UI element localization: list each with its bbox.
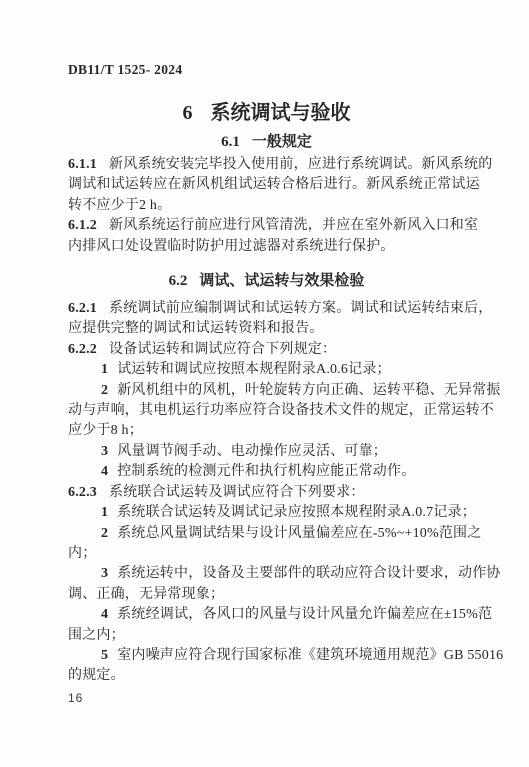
document-page: DB11/T 1525- 2024 6系统调试与验收 6.1一般规定 6.1.1… [0, 0, 529, 767]
line-text: 动与声响，其电机运行功率应符合设备技术文件的规定，正常运转不 [68, 403, 494, 418]
line-text: 内； [68, 546, 96, 561]
clause-number: 6.1.2 [68, 218, 97, 233]
text-line: 应提供完整的调试和试运转资料和报告。 [68, 319, 465, 339]
line-text: 应提供完整的调试和试运转资料和报告。 [68, 321, 324, 336]
list-item-line: 3系统运转中，设备及主要部件的联动应符合设计要求，动作协 [68, 564, 465, 584]
line-text: 调试和试运转应在新风机组试运转合格后进行。新风系统正常试运 [68, 177, 480, 192]
text-line: 调试和试运转应在新风机组试运转合格后进行。新风系统正常试运 [68, 175, 465, 195]
line-text: 新风机组中的风机，叶轮旋转方向正确、运转平稳、无异常振 [117, 383, 500, 398]
section-title-6-1: 6.1一般规定 [68, 134, 465, 151]
clause-number: 6.2.2 [68, 342, 97, 357]
list-item-line: 1试运转和调试应按照本规程附录A.0.6记录； [68, 360, 465, 380]
item-number: 2 [101, 526, 108, 541]
text-line: 调、正确，无异常现象； [68, 585, 465, 605]
item-number: 5 [101, 648, 108, 663]
line-text: 试运转和调试应按照本规程附录A.0.6记录； [117, 362, 391, 377]
list-item-line: 2新风机组中的风机，叶轮旋转方向正确、运转平稳、无异常振 [68, 381, 465, 401]
line-text: 新风系统运行前应进行风管清洗，并应在室外新风入口和室 [109, 218, 478, 233]
section-title-text: 调试、试运转与效果检验 [199, 273, 364, 289]
line-text: 内排风口处设置临时防护用过滤器对系统进行保护。 [68, 239, 395, 254]
chapter-title-text: 系统调试与验收 [211, 102, 351, 124]
line-text: 控制系统的检测元件和执行机构应能正常动作。 [117, 464, 415, 479]
text-line: 应少于8 h； [68, 421, 465, 441]
page-number: 16 [68, 691, 465, 705]
list-item-line: 2系统总风量调试结果与设计风量偏差应在-5%~+10%范围之 [68, 524, 465, 544]
text-line: 围之内； [68, 626, 465, 646]
text-line: 6.1.1新风系统安装完毕投入使用前，应进行系统调试。新风系统的 [68, 155, 465, 175]
item-number: 3 [101, 444, 108, 459]
text-line: 转不应少于2 h。 [68, 196, 465, 216]
body-text: 6.2.1系统调试前应编制调试和试运转方案。调试和试运转结束后， 应提供完整的调… [68, 299, 465, 687]
item-number: 1 [101, 505, 108, 520]
text-line: 6.1.2新风系统运行前应进行风管清洗，并应在室外新风入口和室 [68, 216, 465, 236]
text-line: 6.2.3系统联合试运转及调试应符合下列要求： [68, 483, 465, 503]
text-line: 动与声响，其电机运行功率应符合设备技术文件的规定，正常运转不 [68, 401, 465, 421]
section-title-text: 一般规定 [252, 134, 312, 150]
chapter-title: 6系统调试与验收 [68, 100, 465, 126]
clause-number: 6.1.1 [68, 157, 97, 172]
list-item-line: 4系统经调试，各风口的风量与设计风量允许偏差应在±15%范 [68, 605, 465, 625]
section-number: 6.1 [221, 134, 240, 150]
line-text: 风量调节阀手动、电动操作应灵活、可靠； [117, 444, 387, 459]
line-text: 系统经调试，各风口的风量与设计风量允许偏差应在±15%范 [117, 607, 492, 622]
item-number: 2 [101, 383, 108, 398]
standard-number-header: DB11/T 1525- 2024 [68, 62, 465, 78]
line-text: 系统运转中，设备及主要部件的联动应符合设计要求，动作协 [117, 566, 500, 581]
line-text: 系统联合试运转及调试应符合下列要求： [109, 485, 365, 500]
list-item-line: 4控制系统的检测元件和执行机构应能正常动作。 [68, 462, 465, 482]
item-number: 3 [101, 566, 108, 581]
chapter-number: 6 [183, 102, 193, 124]
text-line: 的规定。 [68, 666, 465, 686]
text-line: 6.2.1系统调试前应编制调试和试运转方案。调试和试运转结束后， [68, 299, 465, 319]
item-number: 1 [101, 362, 108, 377]
section-number: 6.2 [169, 273, 188, 289]
line-text: 系统调试前应编制调试和试运转方案。调试和试运转结束后， [109, 301, 492, 316]
line-text: 的规定。 [68, 668, 125, 683]
clause-number: 6.2.3 [68, 485, 97, 500]
body-text: 6.1.1新风系统安装完毕投入使用前，应进行系统调试。新风系统的 调试和试运转应… [68, 155, 465, 257]
item-number: 4 [101, 464, 108, 479]
line-text: 系统总风量调试结果与设计风量偏差应在-5%~+10%范围之 [117, 526, 481, 541]
line-text: 调、正确，无异常现象； [68, 587, 224, 602]
text-line: 内排风口处设置临时防护用过滤器对系统进行保护。 [68, 237, 465, 257]
line-text: 室内噪声应符合现行国家标准《建筑环境通用规范》GB 55016 [117, 648, 503, 663]
line-text: 设备试运转和调试应符合下列规定： [109, 342, 336, 357]
section-title-6-2: 6.2调试、试运转与效果检验 [68, 273, 465, 290]
line-text: 应少于8 h； [68, 423, 143, 438]
line-text: 系统联合试运转及调试记录应按照本规程附录A.0.7记录； [117, 505, 476, 520]
text-line: 内； [68, 544, 465, 564]
item-number: 4 [101, 607, 108, 622]
list-item-line: 3风量调节阀手动、电动操作应灵活、可靠； [68, 442, 465, 462]
text-line: 6.2.2设备试运转和调试应符合下列规定： [68, 340, 465, 360]
clause-number: 6.2.1 [68, 301, 97, 316]
line-text: 新风系统安装完毕投入使用前，应进行系统调试。新风系统的 [109, 157, 492, 172]
list-item-line: 5室内噪声应符合现行国家标准《建筑环境通用规范》GB 55016 [68, 646, 465, 666]
list-item-line: 1系统联合试运转及调试记录应按照本规程附录A.0.7记录； [68, 503, 465, 523]
line-text: 围之内； [68, 628, 125, 643]
line-text: 转不应少于2 h。 [68, 198, 171, 213]
